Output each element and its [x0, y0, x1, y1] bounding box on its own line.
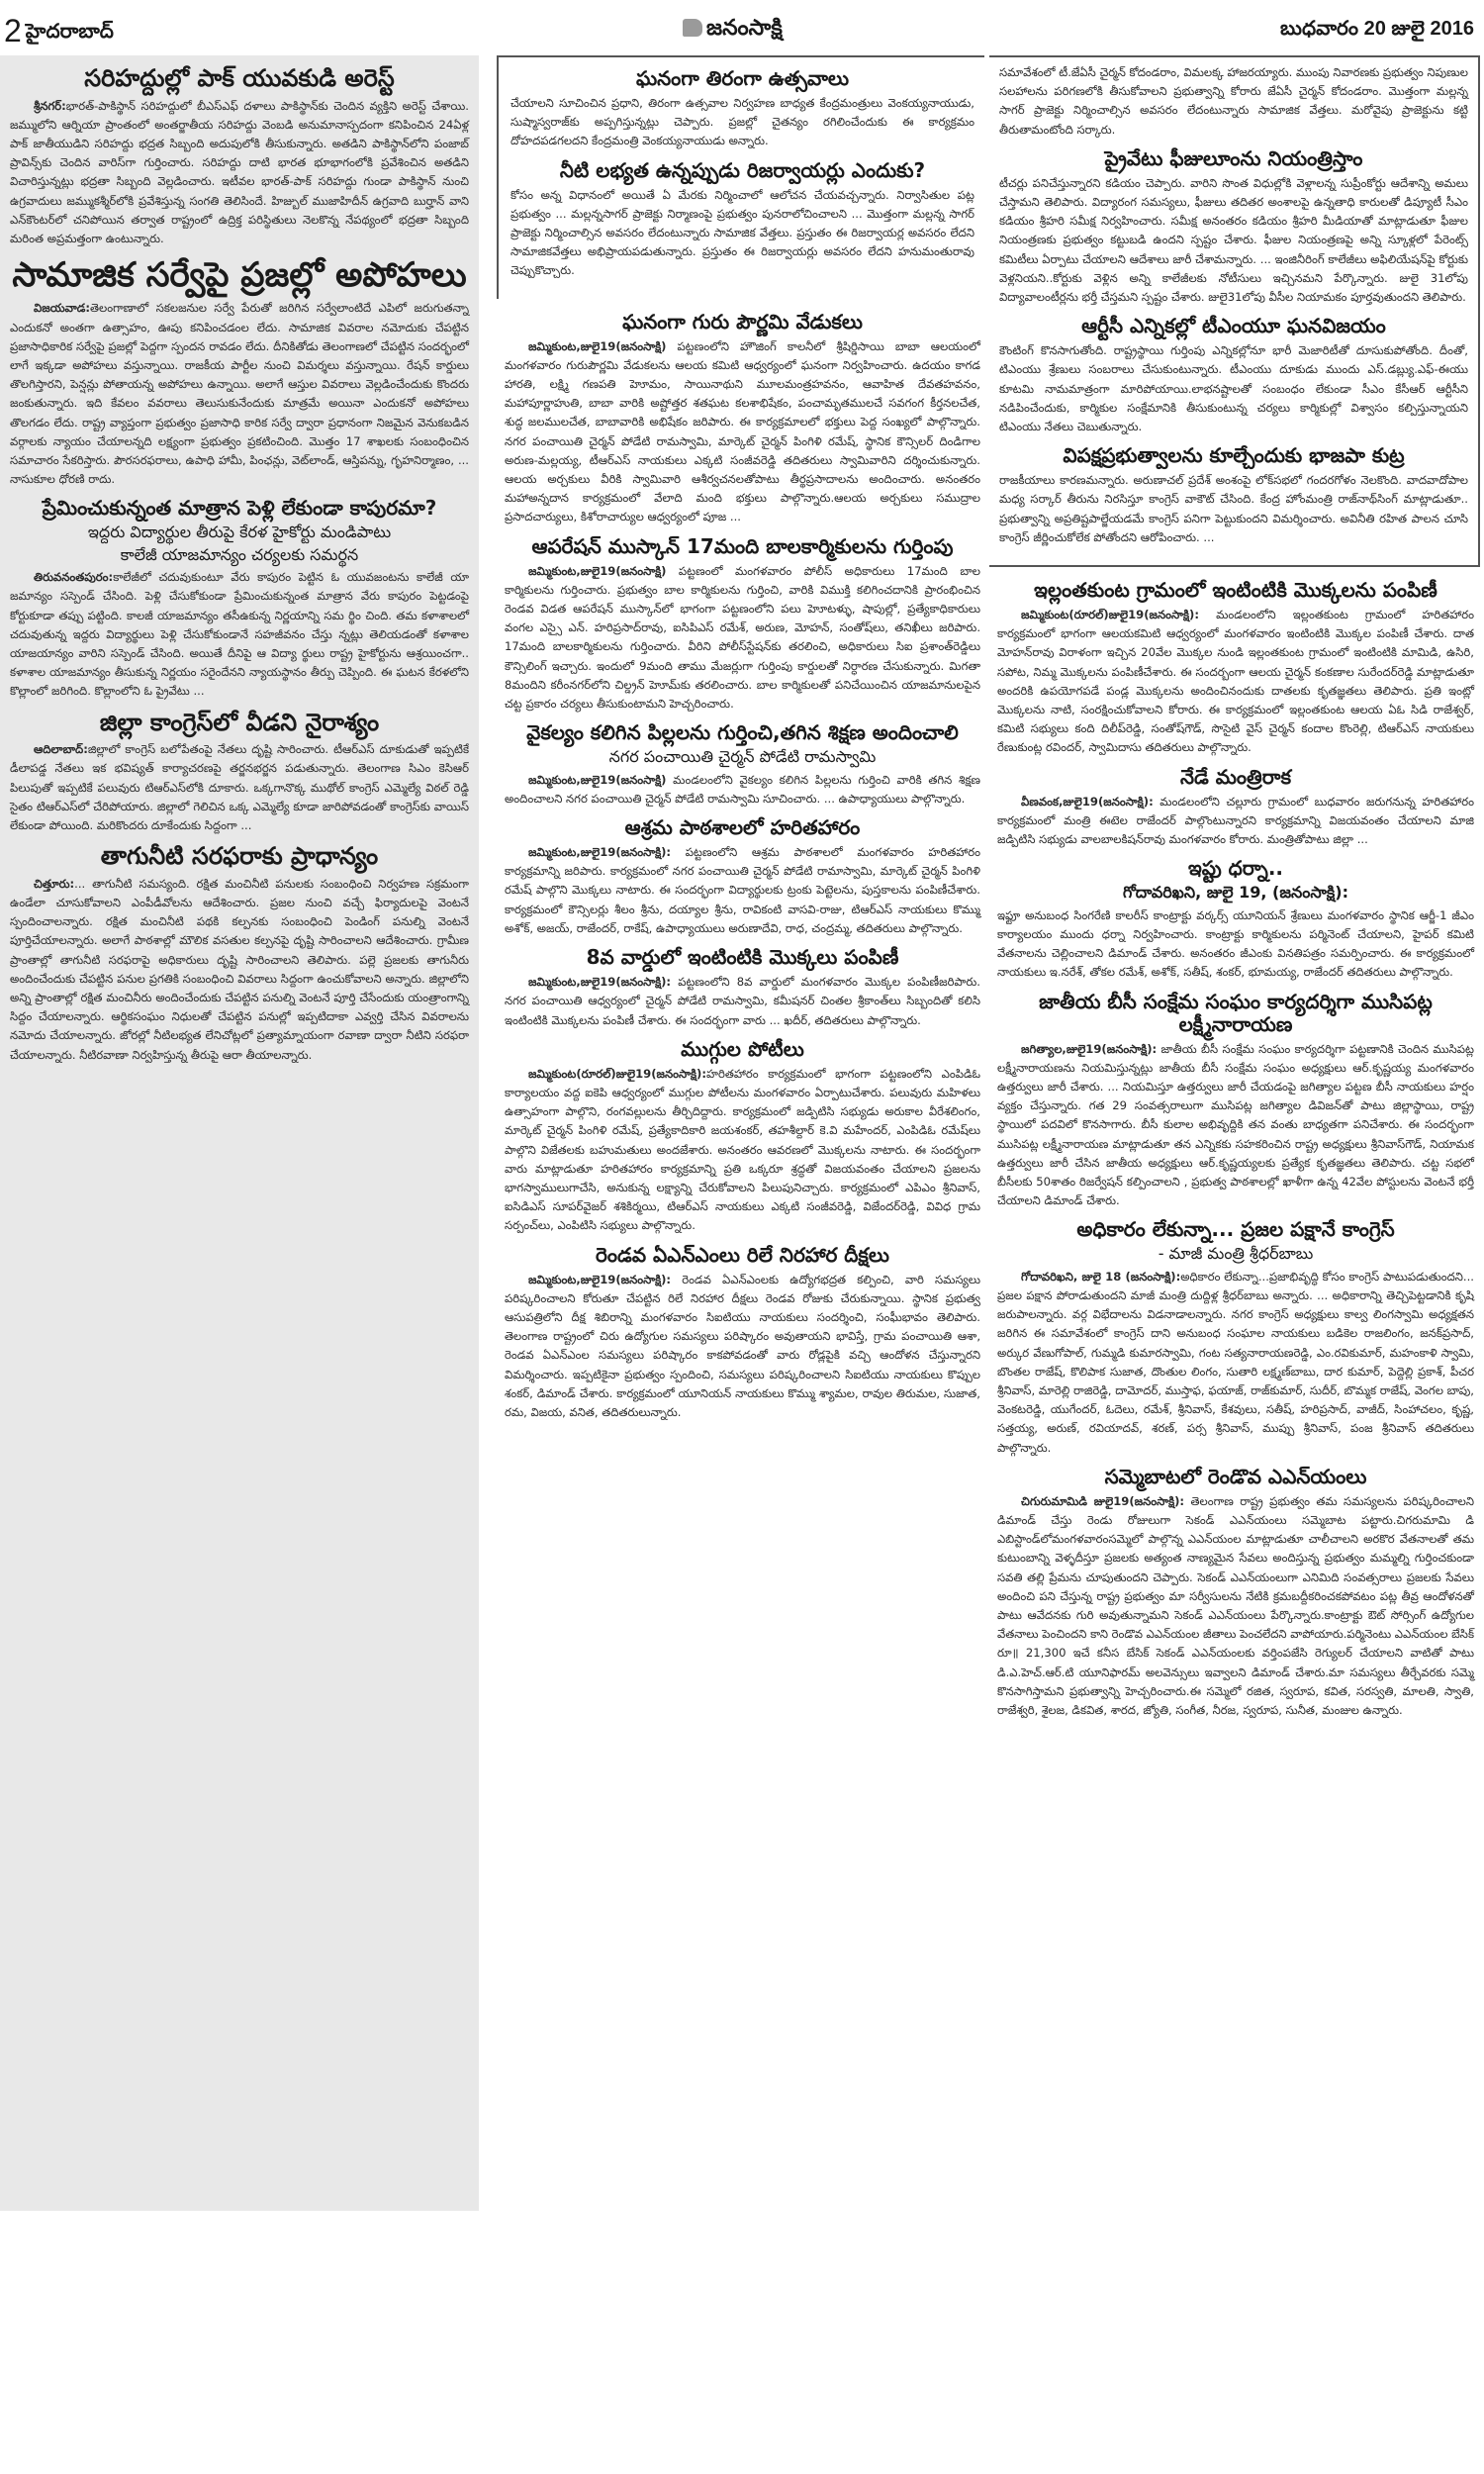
subheadline: - మాజీ మంత్రి శ్రీధర్‌బాబు — [997, 1245, 1474, 1263]
headline: నేడే మంత్రిరాక — [997, 766, 1474, 789]
headline: సరిహద్దుల్లో పాక్ యువకుడి అరెస్ట్ — [10, 65, 469, 93]
article-anm-relay-strike: రెండవ ఏఎన్ఎంలు రిలే నిరహార దీక్షలు జమ్మి… — [505, 1244, 980, 1423]
article-body: ఆదిలాబాద్:జిల్లాలో కాంగ్రెస్ బలోపేతంపై న… — [10, 740, 469, 835]
article-body: జమ్మికుంట(రూరల్)జులై19(జనంసాక్షి): మండలం… — [997, 606, 1474, 758]
article-rtc-elections: ఆర్టీసీ ఎన్నికల్లో టీఎంయూ ఘనవిజయం కౌంటిం… — [999, 315, 1468, 436]
middle-column: ఘనంగా తిరంగా ఉత్సవాలు చేయాలని సూచించిన ప… — [497, 55, 984, 1430]
headline: ముగ్గుల పోటీలు — [505, 1038, 980, 1061]
article-drinking-water: తాగునీటి సరఫరాకు ప్రాధాన్యం చిత్తూరు:...… — [10, 843, 469, 1065]
headline: ప్రైవేటు ఫీజులూంను నియంత్రిస్తాం — [999, 147, 1468, 170]
boxed-continuation-area: సమావేశంలో టీ.జేఏసీ చైర్మన్ కోదండరాం, విమ… — [989, 55, 1480, 567]
article-body: చిత్తూరు:... తాగునీటి సమస్యంది. రక్షిత మ… — [10, 875, 469, 1065]
boxed-continuation-area: ఘనంగా తిరంగా ఉత్సవాలు చేయాలని సూచించిన ప… — [497, 55, 984, 299]
right-column: సమావేశంలో టీ.జేఏసీ చైర్మన్ కోదండరాం, విమ… — [989, 55, 1480, 1728]
article-body: జమ్మికుంట,జులై19(జనంసాక్షి): రెండవ ఏఎన్ఎ… — [505, 1271, 980, 1423]
article-border-arrest: సరిహద్దుల్లో పాక్ యువకుడి అరెస్ట్ శ్రీనగ… — [10, 65, 469, 248]
page-number: 2హైదరాబాద్ — [4, 14, 114, 48]
article-social-survey: సామాజిక సర్వేపై ప్రజల్లో అపోహలు విజయవాడ:… — [10, 256, 469, 489]
article-congress-sridhar-babu: అధికారం లేకున్నా... ప్రజల పక్షానే కాంగ్ర… — [997, 1218, 1474, 1457]
article-body: జగిత్యాల,జులై19(జనంసాక్షి): జాతీయ బీసీ స… — [997, 1040, 1474, 1211]
masthead: 2హైదరాబాద్ జనంసాక్షి బుధవారం 20 జులై 201… — [0, 0, 1484, 55]
headline: వైకల్యం కలిగిన పిల్లలను గుర్తించి,తగిన శ… — [505, 721, 980, 744]
headline: ఘనంగా గురు పౌర్ణమి వేడుకలు — [505, 311, 980, 333]
article-kerala-hc: ప్రేమించుకున్నంత మాత్రాన పెళ్లి లేకుండా … — [10, 497, 469, 701]
left-column: సరిహద్దుల్లో పాక్ యువకుడి అరెస్ట్ శ్రీనగ… — [0, 55, 479, 2211]
article-body: విజయవాడ:తెలంగాణాలో సకలజనుల సర్వే పేరుతో … — [10, 299, 469, 489]
article-bjp-conspiracy: విపక్షప్రభుత్వాలను కూల్చేందుకు భాజపా కుట… — [999, 444, 1468, 547]
article-body: జమ్మికుంట,జులై19(జనంసాక్షి) పట్టణంలోని హ… — [505, 337, 980, 527]
headline: రెండవ ఏఎన్ఎంలు రిలే నిరహార దీక్షలు — [505, 1244, 980, 1267]
article-body: చిగురుమామిడి జులై19(జనంసాక్షి): తెలంగాణ … — [997, 1492, 1474, 1720]
telangana-map-icon — [683, 19, 702, 37]
article-body: టీచర్లు పనిచేస్తున్నారని కడియం చెప్పారు.… — [999, 174, 1468, 307]
headline: ఘనంగా తిరంగా ఉత్సవాలు — [510, 67, 974, 90]
headline: ఆర్టీసీ ఎన్నికల్లో టీఎంయూ ఘనవిజయం — [999, 315, 1468, 337]
headline: విపక్షప్రభుత్వాలను కూల్చేందుకు భాజపా కుట… — [999, 444, 1468, 467]
article-iftu-dharna: ఇప్టు ధర్నా.. గోదావరిఖని, జులై 19, (జనంస… — [997, 857, 1474, 982]
article-guru-purnima: ఘనంగా గురు పౌర్ణమి వేడుకలు జమ్మికుంట,జుల… — [505, 311, 980, 527]
article-body: సమావేశంలో టీ.జేఏసీ చైర్మన్ కోదండరాం, విమ… — [999, 63, 1468, 140]
article-body: గోదావరిఖని, జులై 18 (జనంసాక్షి):అధికారం … — [997, 1268, 1474, 1458]
headline: సామాజిక సర్వేపై ప్రజల్లో అపోహలు — [10, 256, 469, 295]
article-private-fees: ప్రైవేటు ఫీజులూంను నియంత్రిస్తాం టీచర్లు… — [999, 147, 1468, 307]
article-body: కోసం అన్న విధానంలో అయితే ఏ మేరకు నిర్మిం… — [510, 186, 974, 281]
article-reservoirs: నీటి లభ్యత ఉన్నప్పుడు రిజర్వాయర్లు ఎందుక… — [510, 159, 974, 281]
issue-date: బుధవారం 20 జులై 2016 — [1280, 18, 1474, 45]
article-ashram-school: ఆశ్రమ పాఠశాలలో హరితహారం జమ్మికుంట,జులై19… — [505, 816, 980, 938]
headline: 8వ వార్డులో ఇంటింటికి మొక్కలు పంపిణీ — [505, 946, 980, 969]
article-body: జమ్మికుంట,జులై19(జనంసాక్షి): పట్టణంలోని … — [505, 973, 980, 1030]
article-anm-strike: సమ్మెబాటలో రెండొవ ఎఎన్‌యంలు చిగురుమామిడి… — [997, 1466, 1474, 1720]
article-minister-visit: నేడే మంత్రిరాక వీణవంక,జులై19(జనంసాక్షి):… — [997, 766, 1474, 850]
headline: తాగునీటి సరఫరాకు ప్రాధాన్యం — [10, 843, 469, 871]
article-body: శ్రీనగర్:భారత్-పాకిస్థాన్ సరిహద్దులో బీఎ… — [10, 97, 469, 249]
article-operation-muskan: ఆపరేషన్ ముస్కాన్ 17మంది బాలకార్మికులను గ… — [505, 535, 980, 714]
headline: సమ్మెబాటలో రెండొవ ఎఎన్‌యంలు — [997, 1466, 1474, 1488]
headline: ప్రేమించుకున్నంత మాత్రాన పెళ్లి లేకుండా … — [10, 497, 469, 520]
headline: ఇప్టు ధర్నా.. — [997, 857, 1474, 880]
article-body: కౌంటింగ్ కొనసాగుతోంది. రాష్ట్రస్థాయి గుర… — [999, 341, 1468, 436]
paper-logo: జనంసాక్షి — [683, 16, 783, 46]
article-bc-welfare: జాతీయ బీసీ సంక్షేమ సంఘం కార్యదర్శిగా ముస… — [997, 991, 1474, 1211]
subheadline: కాలేజీ యాజమాన్యం చర్యలకు సమర్థన — [10, 546, 469, 564]
headline: ఆశ్రమ పాఠశాలలో హరితహారం — [505, 816, 980, 839]
article-illanthakunta-plants: ఇల్లంతకుంట గ్రామంలో ఇంటింటికి మొక్కలను ప… — [997, 579, 1474, 758]
article-body: ఇఫ్టూ అనుబంధ సింగరేణి కాలరీస్ కాంట్రాక్ట… — [997, 906, 1474, 983]
article-body: రాజకీయాలు కారణమన్నారు. అరుణాచల్ ప్రదేశ్ … — [999, 471, 1468, 547]
headline: ఆపరేషన్ ముస్కాన్ 17మంది బాలకార్మికులను గ… — [505, 535, 980, 558]
headline: నీటి లభ్యత ఉన్నప్పుడు రిజర్వాయర్లు ఎందుక… — [510, 159, 974, 182]
headline: ఇల్లంతకుంట గ్రామంలో ఇంటింటికి మొక్కలను ప… — [997, 579, 1474, 602]
dateline: గోదావరిఖని, జులై 19, (జనంసాక్షి): — [997, 884, 1474, 902]
article-body: జమ్మికుంట,జులై19(జనంసాక్షి) పట్టణంలో మంగ… — [505, 562, 980, 714]
article-body: జమ్మికుంట(రూరల్)జులై19(జనంసాక్షి):హరితహా… — [505, 1065, 980, 1236]
headline: జాతీయ బీసీ సంక్షేమ సంఘం కార్యదర్శిగా ముస… — [997, 991, 1474, 1036]
article-jac-meeting: సమావేశంలో టీ.జేఏసీ చైర్మన్ కోదండరాం, విమ… — [999, 63, 1468, 140]
headline: అధికారం లేకున్నా... ప్రజల పక్షానే కాంగ్ర… — [997, 1218, 1474, 1241]
article-muggula-poteelu: ముగ్గుల పోటీలు జమ్మికుంట(రూరల్)జులై19(జన… — [505, 1038, 980, 1236]
subheadline: నగర పంచాయితి చైర్మన్ పోడేటి రామస్వామి — [505, 748, 980, 766]
subheadline: ఇద్దరు విద్యార్థుల తీరుపై కేరళ హైకోర్టు … — [10, 523, 469, 541]
article-8th-ward: 8వ వార్డులో ఇంటింటికి మొక్కలు పంపిణీ జమ్… — [505, 946, 980, 1030]
edition-name: హైదరాబాద్ — [26, 21, 114, 43]
article-body: తిరువనంతపురం:కాలేజీలో చదువుకుంటూ వేరు కా… — [10, 568, 469, 701]
article-body: జమ్మికుంట,జులై19(జనంసాక్షి): పట్టణంలోని … — [505, 843, 980, 938]
article-district-congress: జిల్లా కాంగ్రెస్‌లో వీడని నైరాశ్యం ఆదిలా… — [10, 710, 469, 836]
article-body: జమ్మికుంట,జులై19(జనంసాక్షి) మండలంలోని వై… — [505, 771, 980, 809]
article-tiranga: ఘనంగా తిరంగా ఉత్సవాలు చేయాలని సూచించిన ప… — [510, 67, 974, 151]
headline: జిల్లా కాంగ్రెస్‌లో వీడని నైరాశ్యం — [10, 710, 469, 737]
article-body: వీణవంక,జులై19(జనంసాక్షి): మండలంలోని చల్ల… — [997, 793, 1474, 850]
article-disabled-children: వైకల్యం కలిగిన పిల్లలను గుర్తించి,తగిన శ… — [505, 721, 980, 809]
article-body: చేయాలని సూచించిన ప్రధాని, తిరంగా ఉత్సవాల… — [510, 94, 974, 151]
